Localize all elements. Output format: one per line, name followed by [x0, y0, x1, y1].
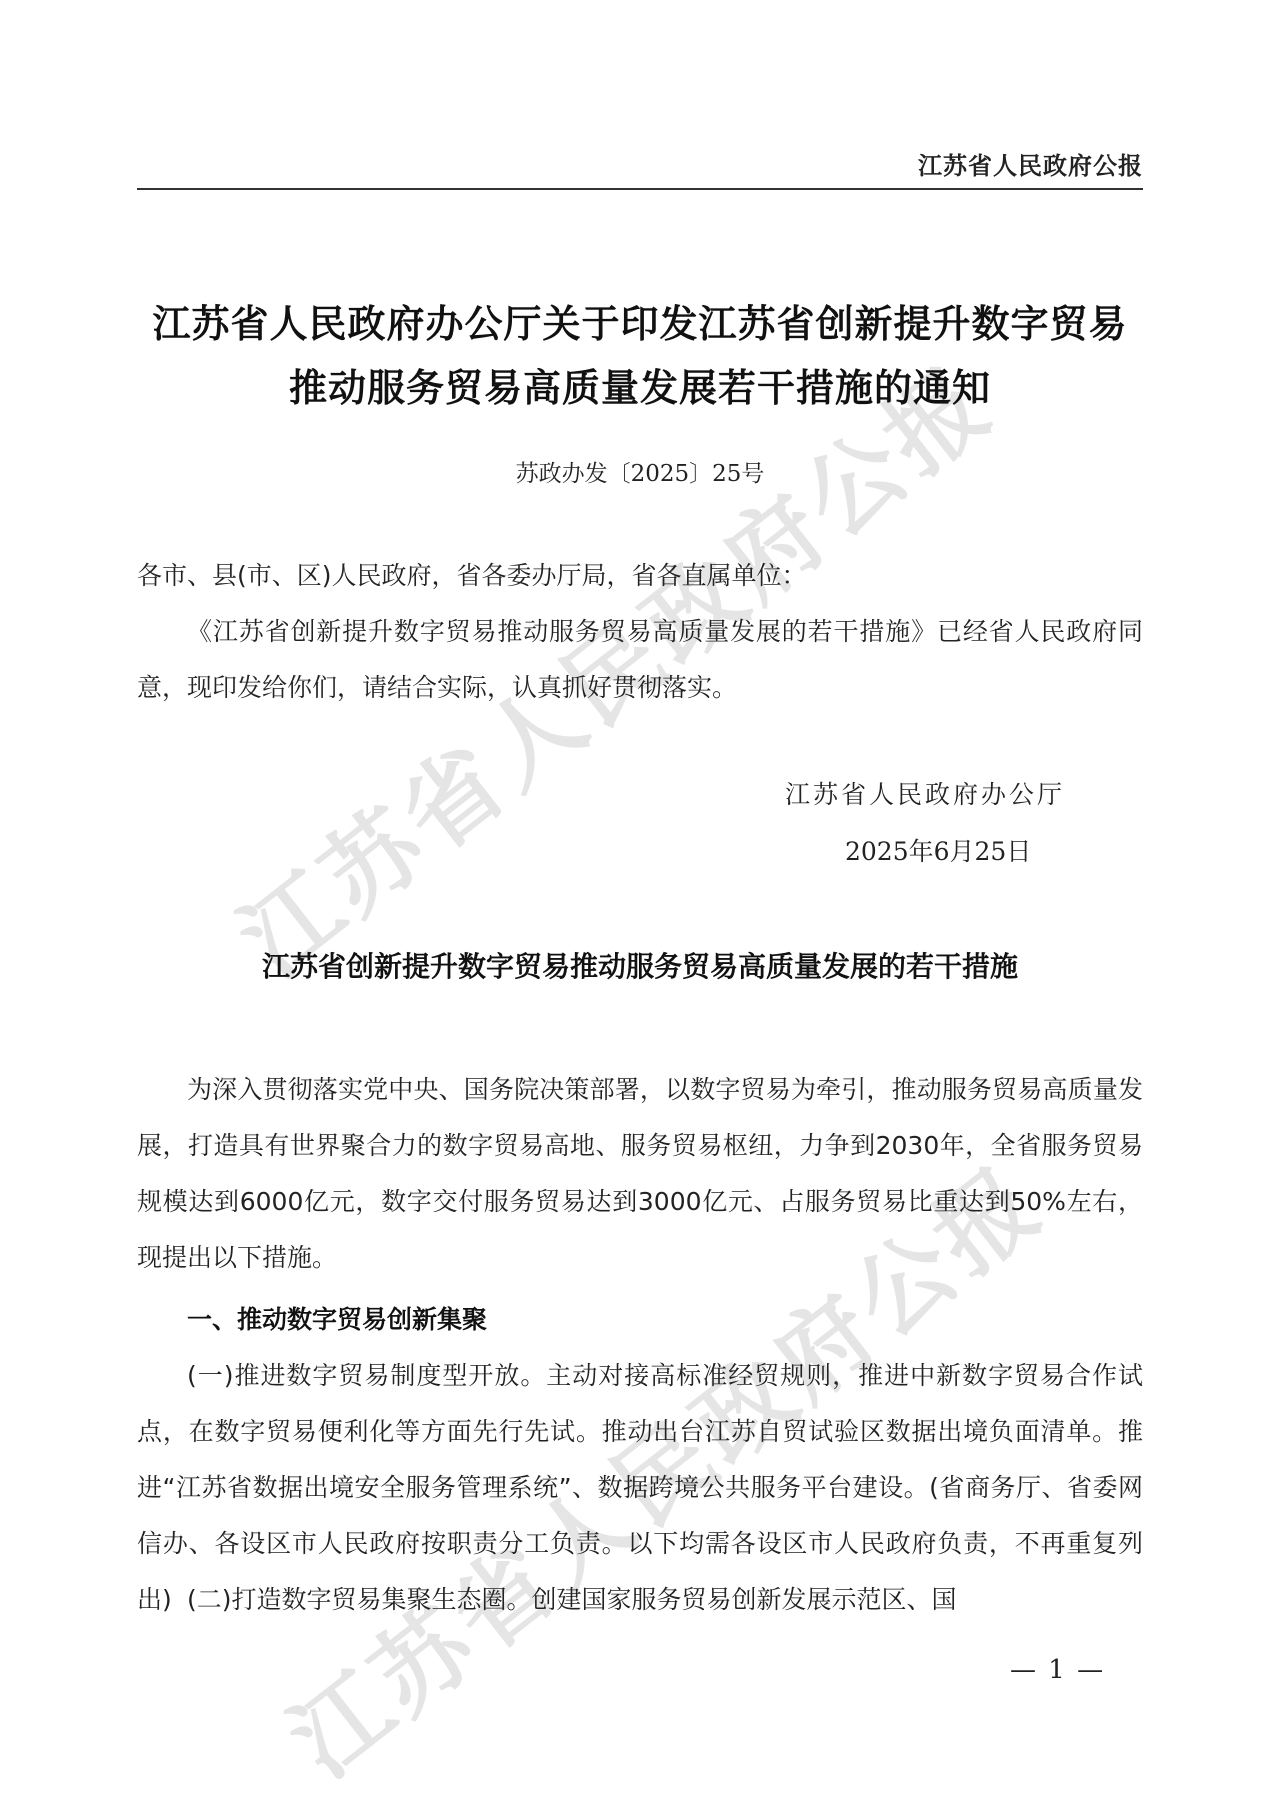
signature-date: 2025年6月25日	[845, 832, 1031, 868]
notice-title: 江苏省人民政府办公厅关于印发江苏省创新提升数字贸易 推动服务贸易高质量发展若干措…	[130, 292, 1150, 420]
document-page: 江苏省人民政府公报 江苏省人民政府公报 江苏省人民政府公报 江苏省人民政府办公厅…	[0, 0, 1280, 1811]
document-number: 苏政办发〔2025〕25号	[0, 455, 1280, 488]
header-rule	[137, 188, 1143, 190]
measures-intro: 为深入贯彻落实党中央、国务院决策部署，以数字贸易为牵引，推动服务贸易高质量发展，…	[137, 1062, 1143, 1286]
addressee: 各市、县(市、区)人民政府，省各委办厅局，省各直属单位：	[137, 548, 1143, 604]
notice-title-line-1: 江苏省人民政府办公厅关于印发江苏省创新提升数字贸易	[130, 292, 1150, 356]
measures-title: 江苏省创新提升数字贸易推动服务贸易高质量发展的若干措施	[0, 945, 1280, 985]
running-head: 江苏省人民政府公报	[918, 146, 1143, 181]
page-number: — 1 —	[1010, 1655, 1105, 1685]
notice-title-line-2: 推动服务贸易高质量发展若干措施的通知	[130, 356, 1150, 420]
notice-body: 《江苏省创新提升数字贸易推动服务贸易高质量发展的若干措施》已经省人民政府同意，现…	[137, 604, 1143, 716]
measure-item-2: (二)打造数字贸易集聚生态圈。创建国家服务贸易创新发展示范区、国	[137, 1572, 1143, 1628]
signature-organization: 江苏省人民政府办公厅	[785, 775, 1065, 811]
section-heading-1: 一、推动数字贸易创新集聚	[187, 1292, 487, 1348]
